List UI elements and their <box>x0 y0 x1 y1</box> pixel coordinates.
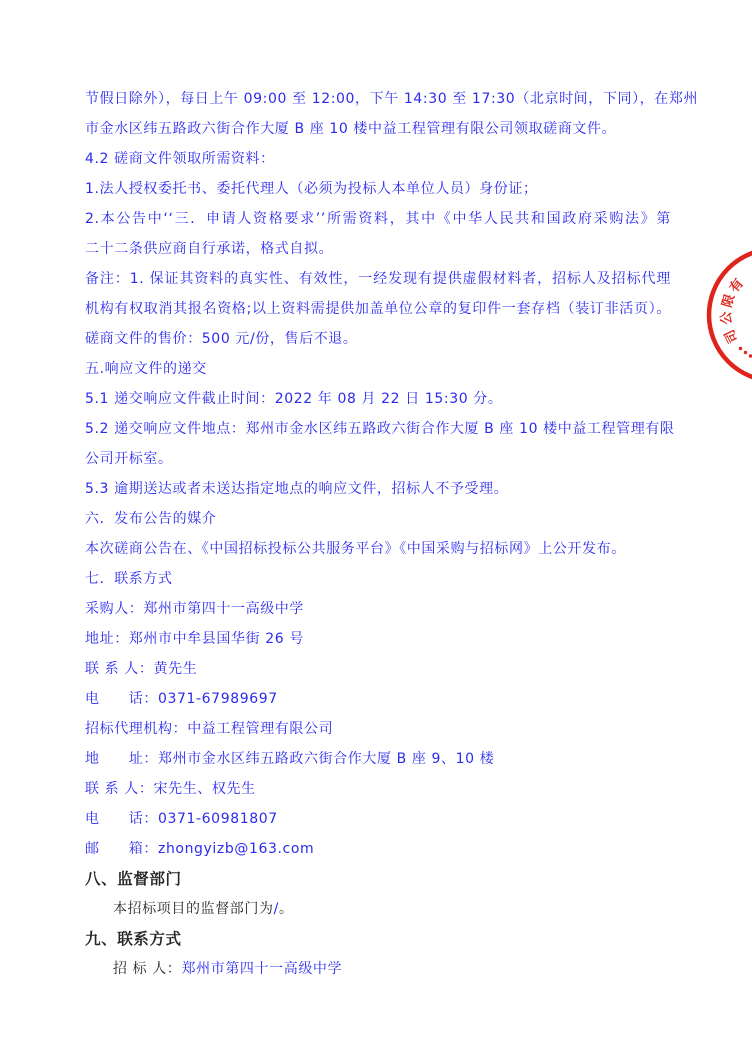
doc-line: 4.2 磋商文件领取所需资料： <box>85 144 671 174</box>
supervision-text: 本招标项目的监督部门为 <box>113 901 274 917</box>
doc-line: 机构有权取消其报名资格;以上资料需提供加盖单位公章的复印件一套存档（装订非活页）… <box>85 294 671 324</box>
seal-char: 有 <box>726 276 747 296</box>
company-seal-stamp: 有 限 公 司 <box>702 238 752 393</box>
address-line: 地址：郑州市中牟县国华街 26 号 <box>85 624 671 654</box>
supervision-body: 本招标项目的监督部门为/。 <box>85 894 671 924</box>
bidder-line: 招 标 人：郑州市第四十一高级中学 <box>85 954 671 984</box>
agency-contact-line: 联 系 人：宋先生、权先生 <box>85 774 671 804</box>
bidder-label: 招 标 人： <box>113 961 182 977</box>
agency-address-line: 地 址：郑州市金水区纬五路政六街合作大厦 B 座 9、10 楼 <box>85 744 671 774</box>
doc-line: 5.1 递交响应文件截止时间：2022 年 08 月 22 日 15:30 分。 <box>85 384 671 414</box>
seal-char: 司 <box>722 327 742 346</box>
section-heading-6: 六．发布公告的媒介 <box>85 504 671 534</box>
phone-line: 电 话：0371-67989697 <box>85 684 671 714</box>
supervision-period: 。 <box>279 901 294 917</box>
doc-line: 备注：1. 保证其资料的真实性、有效性，一经发现有提供虚假材料者，招标人及招标代… <box>85 264 671 294</box>
doc-line: 磋商文件的售价：500 元/份，售后不退。 <box>85 324 671 354</box>
section-heading-5: 五.响应文件的递交 <box>85 354 671 384</box>
doc-line: 市金水区纬五路政六街合作大厦 B 座 10 楼中益工程管理有限公司领取磋商文件。 <box>85 114 671 144</box>
seal-char: 公 <box>719 310 735 325</box>
doc-line: 本次磋商公告在、《中国招标投标公共服务平台》《中国采购与招标网》上公开发布。 <box>85 534 671 564</box>
doc-line: 公司开标室。 <box>85 444 671 474</box>
doc-line: 节假日除外），每日上午 09:00 至 12:00，下午 14:30 至 17:… <box>85 84 671 114</box>
doc-line: 二十二条供应商自行承诺，格式自拟。 <box>85 234 671 264</box>
document-body: 节假日除外），每日上午 09:00 至 12:00，下午 14:30 至 17:… <box>85 84 671 984</box>
document-page: 节假日除外），每日上午 09:00 至 12:00，下午 14:30 至 17:… <box>0 0 752 1054</box>
section-heading-9: 九、联系方式 <box>85 924 671 954</box>
doc-line: 1.法人授权委托书、委托代理人（必须为投标人本单位人员）身份证； <box>85 174 671 204</box>
purchaser-line: 采购人：郑州市第四十一高级中学 <box>85 594 671 624</box>
doc-line: 5.3 逾期送达或者未送达指定地点的响应文件，招标人不予受理。 <box>85 474 671 504</box>
agency-phone-line: 电 话：0371-60981807 <box>85 804 671 834</box>
bidder-value: 郑州市第四十一高级中学 <box>182 961 343 977</box>
contact-person-line: 联 系 人：黄先生 <box>85 654 671 684</box>
doc-line: 5.2 递交响应文件地点：郑州市金水区纬五路政六街合作大厦 B 座 10 楼中益… <box>85 414 671 444</box>
agency-line: 招标代理机构：中益工程管理有限公司 <box>85 714 671 744</box>
doc-line: 2.本公告中‘‘三．申请人资格要求’’所需资料，其中《中华人民共和国政府采购法》… <box>85 204 671 234</box>
section-heading-8: 八、监督部门 <box>85 864 671 894</box>
seal-serial-dots <box>739 347 752 358</box>
section-heading-7: 七．联系方式 <box>85 564 671 594</box>
seal-char: 限 <box>720 293 738 310</box>
email-line: 邮 箱：zhongyizb@163.com <box>85 834 671 864</box>
